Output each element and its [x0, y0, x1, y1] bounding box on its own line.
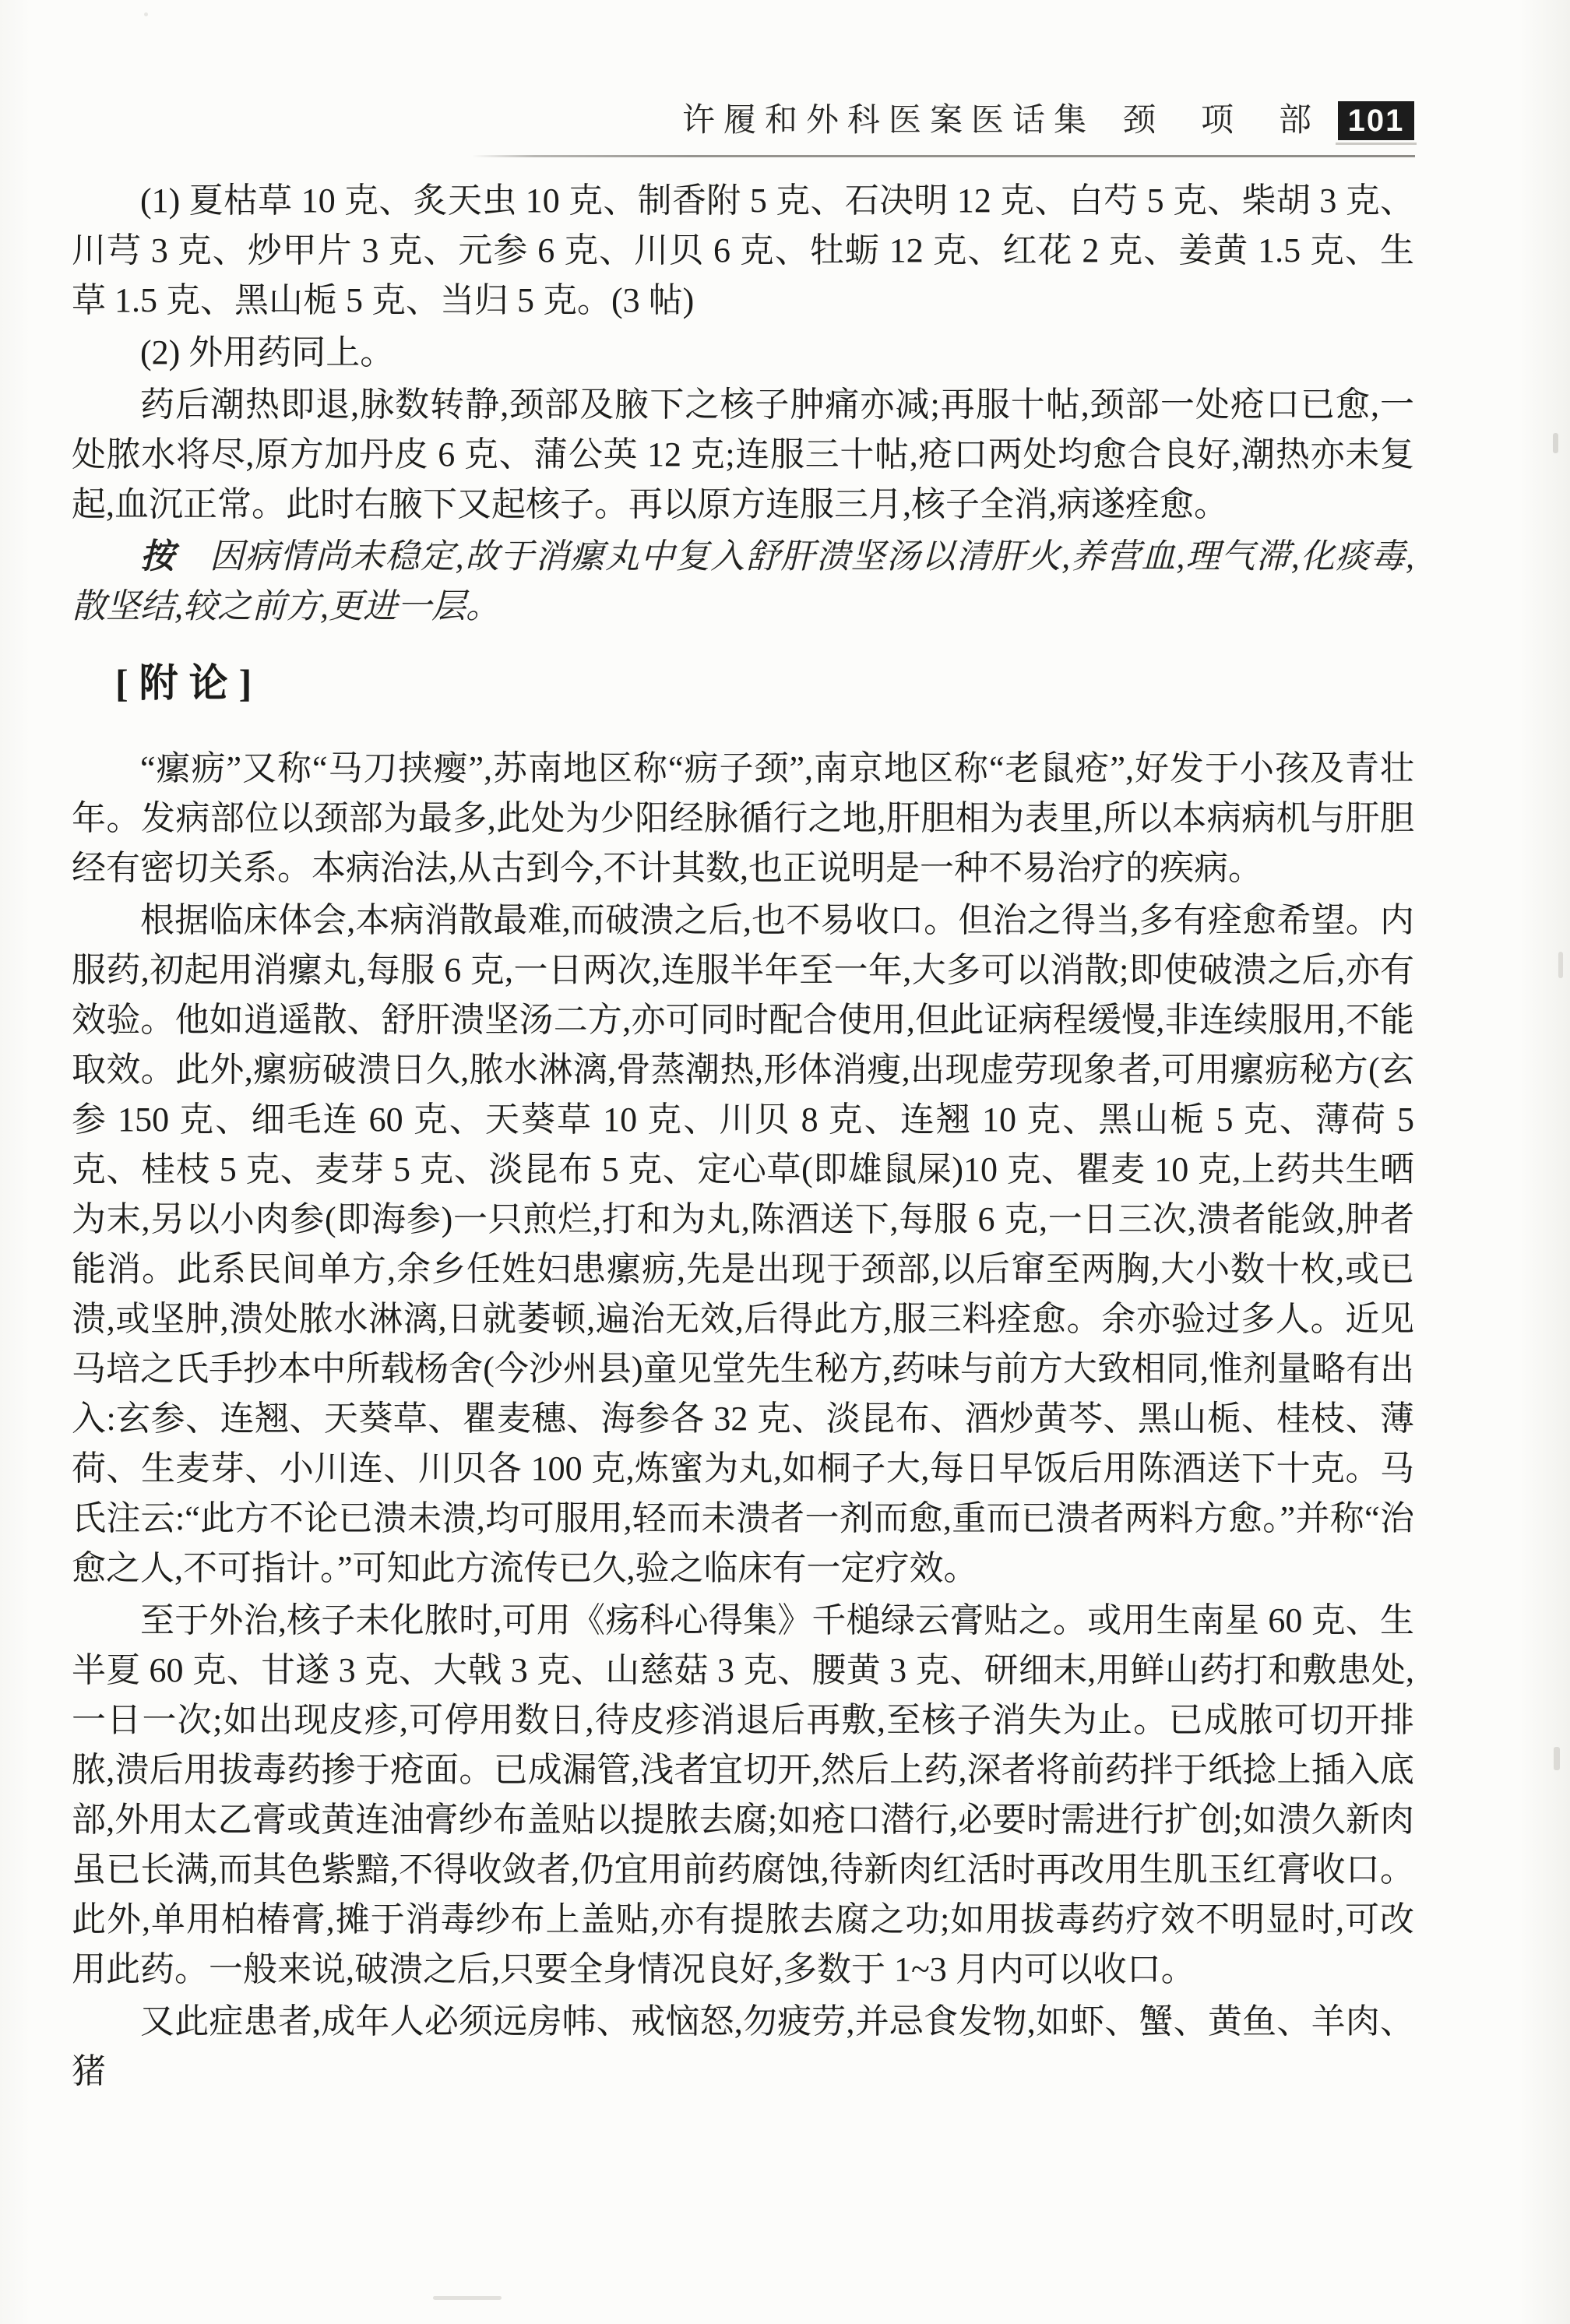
section-title: 颈 项 部	[1123, 104, 1318, 137]
paragraph-text: 根据临床体会,本病消散最难,而破溃之后,也不易收口。但治之得当,多有痊愈希望。内…	[72, 901, 1414, 1587]
paragraph-text: [附论]	[115, 661, 262, 705]
scan-artifact	[1558, 952, 1563, 978]
scan-artifact	[1553, 433, 1558, 453]
paragraph: 又此症患者,成年人必须远房帏、戒恼怒,勿疲劳,并忌食发物,如虾、蟹、黄鱼、羊肉、…	[72, 1997, 1414, 2097]
paragraph-text: 因病情尚未稳定,故于消瘰丸中复入舒肝溃坚汤以清肝火,养营血,理气滞,化痰毒,散坚…	[72, 537, 1414, 625]
paragraph: 药后潮热即退,脉数转静,颈部及腋下之核子肿痛亦减;再服十帖,颈部一处疮口已愈,一…	[72, 380, 1414, 530]
book-title: 许履和外科医案医话集	[682, 104, 1095, 137]
scan-artifact	[144, 12, 148, 16]
paragraph-text: (2) 外用药同上。	[140, 333, 394, 371]
paragraph: “瘰疬”又称“马刀挟瘿”,苏南地区称“疬子颈”,南京地区称“老鼠疮”,好发于小孩…	[72, 744, 1414, 893]
header-rule	[472, 155, 1415, 157]
note-label: 按	[140, 537, 175, 576]
book-page: 许履和外科医案医话集 颈 项 部 101 (1) 夏枯草 10 克、炙天虫 10…	[0, 0, 1570, 2324]
paragraph-text: 至于外治,核子未化脓时,可用《疡科心得集》千槌绿云膏贴之。或用生南星 60 克、…	[72, 1601, 1414, 1988]
paragraph: (2) 外用药同上。	[72, 328, 1414, 378]
paragraph-text: (1) 夏枯草 10 克、炙天虫 10 克、制香附 5 克、石决明 12 克、白…	[72, 181, 1414, 319]
paragraph-text: “瘰疬”又称“马刀挟瘿”,苏南地区称“疬子颈”,南京地区称“老鼠疮”,好发于小孩…	[72, 749, 1414, 887]
scan-artifact	[433, 2296, 502, 2300]
paragraph-text: 药后潮热即退,脉数转静,颈部及腋下之核子肿痛亦减;再服十帖,颈部一处疮口已愈,一…	[72, 386, 1414, 523]
paragraph: 根据临床体会,本病消散最难,而破溃之后,也不易收口。但治之得当,多有痊愈希望。内…	[72, 896, 1414, 1593]
paragraph: [附论]	[72, 655, 1414, 711]
paragraph: 至于外治,核子未化脓时,可用《疡科心得集》千槌绿云膏贴之。或用生南星 60 克、…	[72, 1596, 1414, 1995]
page-body: (1) 夏枯草 10 克、炙天虫 10 克、制香附 5 克、石决明 12 克、白…	[72, 176, 1414, 2099]
paragraph-text: 又此症患者,成年人必须远房帏、戒恼怒,勿疲劳,并忌食发物,如虾、蟹、黄鱼、羊肉、…	[72, 2002, 1414, 2090]
paragraph: 按因病情尚未稳定,故于消瘰丸中复入舒肝溃坚汤以清肝火,养营血,理气滞,化痰毒,散…	[72, 532, 1414, 632]
scan-artifact	[1554, 1747, 1560, 1770]
page-header: 许履和外科医案医话集 颈 项 部 101	[72, 101, 1414, 140]
page-number-badge: 101	[1338, 101, 1414, 140]
paragraph: (1) 夏枯草 10 克、炙天虫 10 克、制香附 5 克、石决明 12 克、白…	[72, 176, 1414, 326]
